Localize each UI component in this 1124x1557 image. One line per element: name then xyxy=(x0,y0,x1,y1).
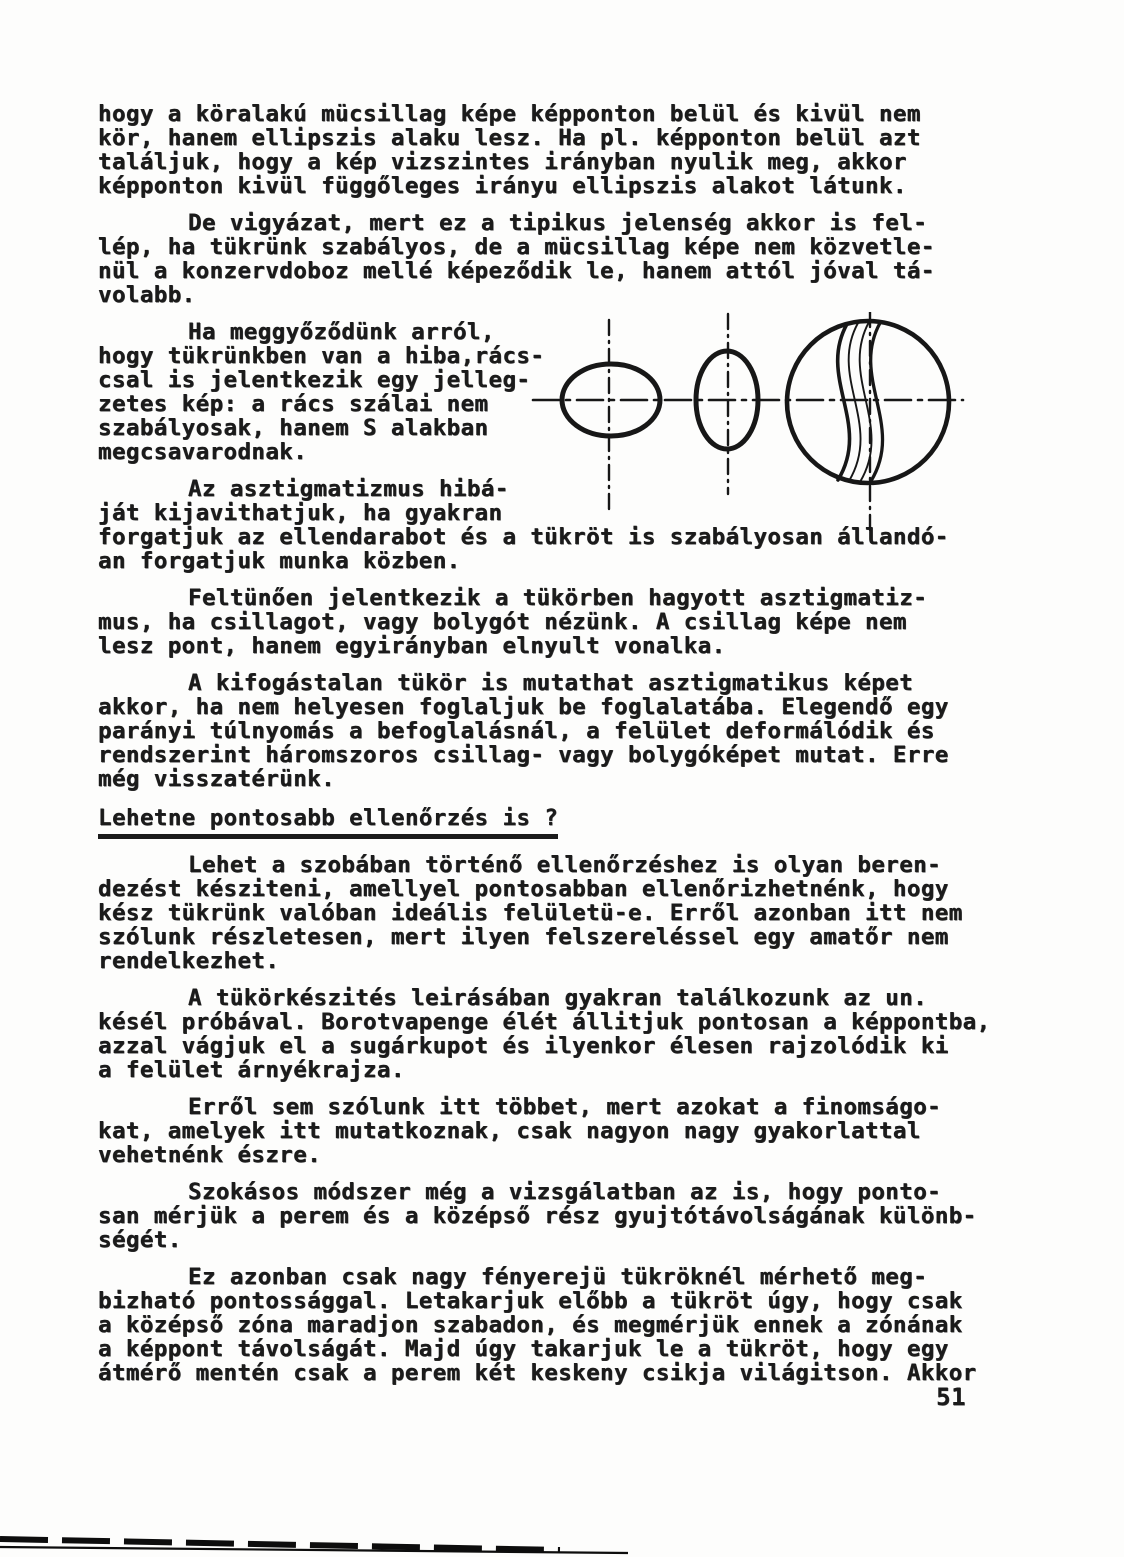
astigmatism-figure xyxy=(531,312,965,534)
astigmatism-figure-drawing xyxy=(531,312,965,534)
s-grid-line xyxy=(849,323,861,481)
paragraph: Erről sem szólunk itt többet, mert azoka… xyxy=(98,1095,1034,1167)
paragraph-continuation: hogy a köralakú mücsillag képe képponton… xyxy=(98,102,1034,198)
document-page: hogy a köralakú mücsillag képe képponton… xyxy=(0,0,1124,1557)
paragraph: De vigyázat, mert ez a tipikus jelenség … xyxy=(98,211,1034,307)
paragraph: Ez azonban csak nagy fényerejü tükröknél… xyxy=(98,1265,1034,1385)
paragraph: Szokásos módszer még a vizsgálatban az i… xyxy=(98,1180,1034,1252)
text-column: hogy a köralakú mücsillag képe képponton… xyxy=(98,102,1034,1398)
paragraph: Lehet a szobában történő ellenőrzéshez i… xyxy=(98,853,1034,973)
s-grid-line xyxy=(871,323,883,481)
grid-circle xyxy=(787,321,949,483)
s-grid-line xyxy=(838,324,850,480)
paragraph: A kifogástalan tükör is mutathat asztigm… xyxy=(98,671,1034,791)
section-heading: Lehetne pontosabb ellenőrzés is ? xyxy=(98,806,558,839)
scan-edge-artifact xyxy=(0,1533,900,1557)
paragraph: Feltünően jelentkezik a tükörben hagyott… xyxy=(98,586,1034,658)
page-number: 51 xyxy=(936,1383,966,1411)
paragraph: A tükörkészités leirásában gyakran talál… xyxy=(98,986,1034,1082)
